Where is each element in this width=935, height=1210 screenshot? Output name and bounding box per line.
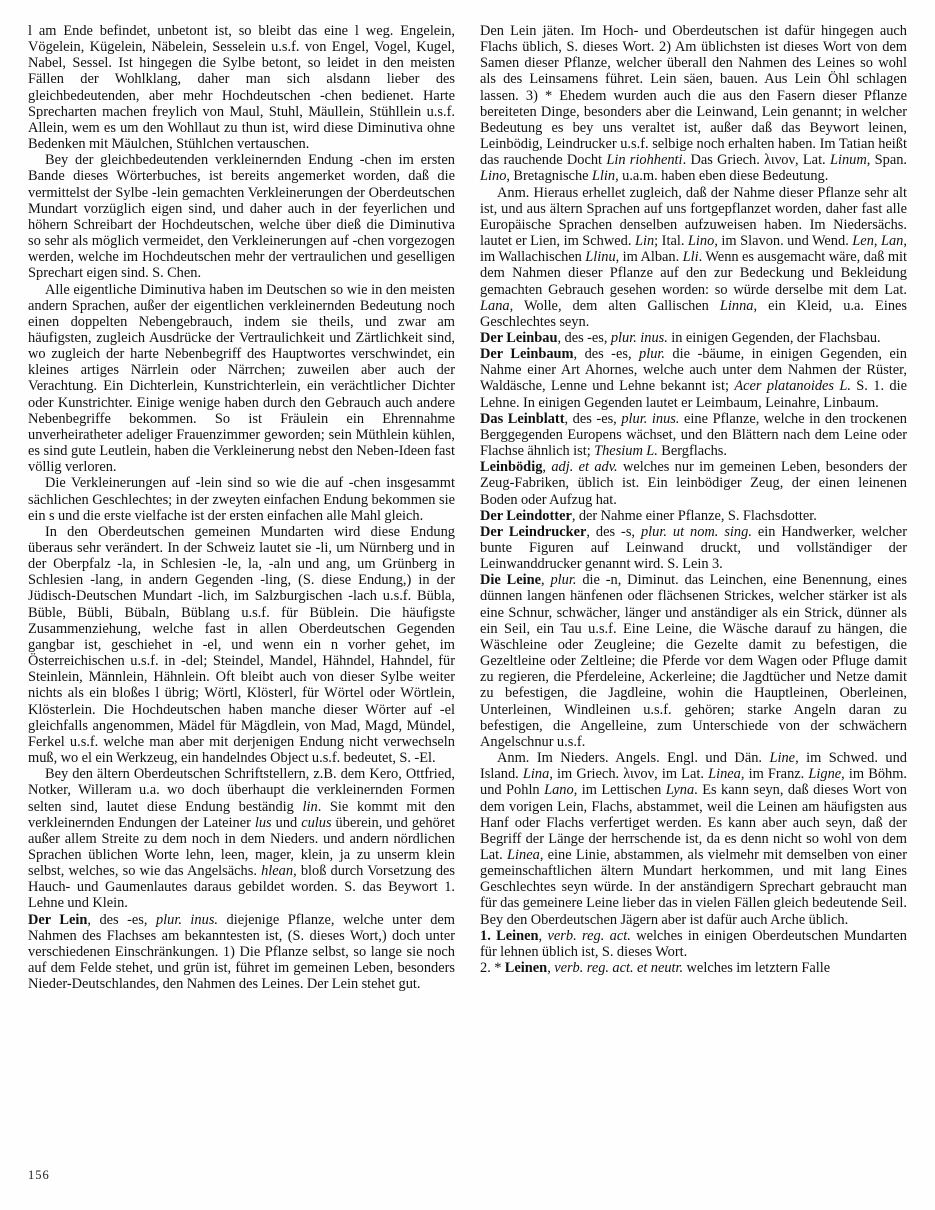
text-run: Alle eigentliche Diminutiva haben im Deu… <box>28 282 455 476</box>
text-run: In den Oberdeutschen gemeinen Mundarten … <box>28 524 455 766</box>
text-run: Lana <box>480 298 510 314</box>
text-run: , <box>874 233 881 249</box>
paragraph: In den Oberdeutschen gemeinen Mundarten … <box>28 524 455 766</box>
text-run: Llinu <box>585 249 615 265</box>
text-run: die -n, Diminut. das Leinchen, eine Bene… <box>480 572 907 750</box>
text-run: Linea <box>708 766 741 782</box>
text-run: , des -es, <box>574 346 639 362</box>
text-run: , der Nahme einer Pflanze, S. Flachsdott… <box>572 508 817 524</box>
text-run: lus <box>255 815 272 831</box>
text-run: Linea <box>507 847 540 863</box>
dictionary-entry: 2. * Leinen, verb. reg. act. et neutr. w… <box>480 960 907 976</box>
text-run: , im Franz. <box>741 766 809 782</box>
text-run: , Bretagnische <box>506 168 592 184</box>
text-run: plur. ut nom. sing. <box>641 524 752 540</box>
headword: Der Leindrucker <box>480 524 586 540</box>
text-run: Lyna <box>666 782 694 798</box>
text-run: , Span. <box>867 152 907 168</box>
headword: Der Leindotter <box>480 508 572 524</box>
text-run: Len <box>852 233 874 249</box>
paragraph: Anm. Hieraus erhellet zugleich, daß der … <box>480 185 907 330</box>
headword: Der Leinbaum <box>480 346 574 362</box>
headword: Die Leine <box>480 572 541 588</box>
text-run: lin <box>302 799 317 815</box>
paragraph: Bey den ältern Oberdeutschen Schriftstel… <box>28 766 455 911</box>
dictionary-entry: Der Leinbau, des -es, plur. inus. in ein… <box>480 330 907 346</box>
text-run: Lin <box>635 233 654 249</box>
text-run: Lino <box>480 168 506 184</box>
text-run: Thesium L. <box>594 443 658 459</box>
headword: Der Leinbau <box>480 330 558 346</box>
text-run: , des -s, <box>586 524 641 540</box>
text-run: , <box>542 459 551 475</box>
dictionary-entry: Der Leindotter, der Nahme einer Pflanze,… <box>480 508 907 524</box>
text-run: plur. inus. <box>611 330 668 346</box>
dictionary-entry: Der Lein, des -es, plur. inus. diejenige… <box>28 912 455 993</box>
text-run: , des -es, <box>87 912 156 928</box>
text-run: , im Slavon. und Wend. <box>714 233 852 249</box>
dictionary-entry: 1. Leinen, verb. reg. act. welches in ei… <box>480 928 907 960</box>
headword: Der Lein <box>28 912 87 928</box>
paragraph: l am Ende befindet, unbetont ist, so ble… <box>28 23 455 152</box>
text-run: , im Griech. λινον, im Lat. <box>549 766 708 782</box>
text-run: , Wolle, dem alten Gallischen <box>510 298 720 314</box>
text-run: , <box>539 928 548 944</box>
text-run: Anm. Im Nieders. Angels. Engl. und Dän. <box>497 750 769 766</box>
text-run: und <box>272 815 302 831</box>
paragraph: Alle eigentliche Diminutiva haben im Deu… <box>28 282 455 476</box>
text-run: Linum <box>830 152 867 168</box>
page-number: 156 <box>28 1168 50 1183</box>
paragraph: Den Lein jäten. Im Hoch- und Oberdeutsch… <box>480 23 907 185</box>
text-run: Lin riohhenti <box>606 152 682 168</box>
text-run: Lli <box>683 249 699 265</box>
dictionary-entry: Der Leindrucker, des -s, plur. ut nom. s… <box>480 524 907 572</box>
text-run: verb. reg. act. et neutr. <box>554 960 683 976</box>
text-run: , eine Linie, abstammen, als vielmehr mi… <box>480 847 907 928</box>
text-run: Bergflachs. <box>658 443 727 459</box>
headword: Das Leinblatt <box>480 411 565 427</box>
paragraph: Die Verkleinerungen auf -lein sind so wi… <box>28 475 455 523</box>
text-columns: l am Ende befindet, unbetont ist, so ble… <box>0 0 935 992</box>
text-run: Lino <box>688 233 714 249</box>
text-run: ; Ital. <box>654 233 688 249</box>
text-run: , im Lettischen <box>574 782 666 798</box>
text-run: plur. inus. <box>621 411 679 427</box>
text-run: Die Verkleinerungen auf -lein sind so wi… <box>28 475 455 523</box>
text-run: Ligne <box>808 766 841 782</box>
text-run: hlean <box>261 863 293 879</box>
text-run: plur. <box>550 572 576 588</box>
text-run: , des -es, <box>565 411 622 427</box>
text-run: welches im letztern Falle <box>683 960 830 976</box>
right-column: Den Lein jäten. Im Hoch- und Oberdeutsch… <box>480 23 907 992</box>
dictionary-entry: Die Leine, plur. die -n, Diminut. das Le… <box>480 572 907 750</box>
text-run: , im Alban. <box>616 249 683 265</box>
headword: Leinen <box>505 960 547 976</box>
paragraph: Bey der gleichbedeutenden verkleinernden… <box>28 152 455 281</box>
dictionary-entry: Leinbödig, adj. et adv. welches nur im g… <box>480 459 907 507</box>
text-run: , u.a.m. haben eben diese Bedeutung. <box>615 168 828 184</box>
left-column: l am Ende befindet, unbetont ist, so ble… <box>28 23 455 992</box>
text-run: 2. * <box>480 960 505 976</box>
text-run: in einigen Gegenden, der Flachsbau. <box>668 330 881 346</box>
text-run: , des -es, <box>558 330 611 346</box>
text-run: . Das Griech. λινον, Lat. <box>683 152 830 168</box>
dictionary-entry: Der Leinbaum, des -es, plur. die -bäume,… <box>480 346 907 411</box>
text-run: plur. <box>639 346 665 362</box>
text-run: Bey der gleichbedeutenden verkleinernden… <box>28 152 455 281</box>
headword: Leinbödig <box>480 459 542 475</box>
text-run: Llin <box>592 168 615 184</box>
text-run: adj. et adv. <box>551 459 617 475</box>
headword: 1. Leinen <box>480 928 539 944</box>
text-run: culus <box>301 815 331 831</box>
text-run: Acer platanoides L. <box>734 378 851 394</box>
text-run: Linna <box>720 298 754 314</box>
text-run: Lano <box>544 782 574 798</box>
text-run: plur. inus. <box>156 912 218 928</box>
dictionary-page: l am Ende befindet, unbetont ist, so ble… <box>0 0 935 1210</box>
text-run: l am Ende befindet, unbetont ist, so ble… <box>28 23 455 152</box>
text-run: Line <box>769 750 795 766</box>
dictionary-entry: Das Leinblatt, des -es, plur. inus. eine… <box>480 411 907 459</box>
text-run: Lan <box>881 233 903 249</box>
paragraph: Anm. Im Nieders. Angels. Engl. und Dän. … <box>480 750 907 928</box>
text-run: verb. reg. act. <box>548 928 631 944</box>
text-run: Lina <box>523 766 549 782</box>
text-run: Den Lein jäten. Im Hoch- und Oberdeutsch… <box>480 23 907 168</box>
